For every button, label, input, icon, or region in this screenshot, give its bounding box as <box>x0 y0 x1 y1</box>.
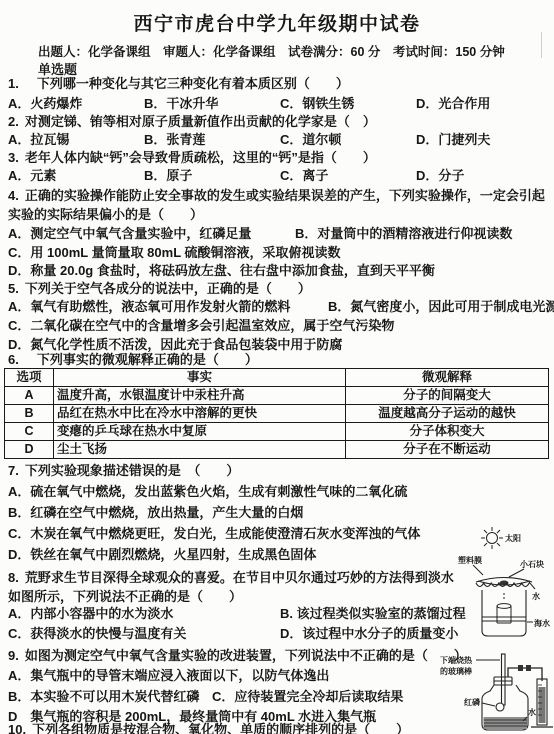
sun-icon <box>481 527 503 549</box>
option-a: A．硫在氧气中燃烧，发出蓝紫色火焰，生成有刺激性气味的二氧化硫 <box>8 484 407 499</box>
label-sea-water: 海水 <box>533 618 550 628</box>
stem-text: 正确的实验操作能防止安全事故的发生或实验结果误差的产生，下列实验操作，一定会引起… <box>8 188 545 222</box>
cell-explanation: 分子体积变大 <box>346 423 549 441</box>
table-header-row: 选项 事实 微观解释 <box>5 369 549 387</box>
cell-fact: 变瘪的乒乓球在热水中复原 <box>54 423 346 441</box>
option-b: B．张青莲 <box>144 132 280 147</box>
option-c: C．获得淡水的快慢与温度有关 <box>8 626 280 641</box>
stem-text: 下列哪一种变化与其它三种变化有着本质区别（ ） <box>37 76 349 91</box>
question-number: 4. <box>8 188 19 203</box>
cell-explanation: 分子在不断运动 <box>346 441 549 459</box>
question-5-options-ab: A．氧气有助燃性，液态氧可用作发射火箭的燃料 B．氮气密度小，因此可用于制成电光… <box>8 299 546 314</box>
question-4-option-d: D．称量 20.0g 食盐时，将砝码放左盘、往右盘中添加食盐，直到天平平衡 <box>8 263 435 278</box>
desalination-diagram: 太阳 塑料膜 小石块 水 <box>458 523 554 663</box>
label-sun: 太阳 <box>505 533 521 543</box>
col-header-fact: 事实 <box>54 369 346 387</box>
drop-leader-line <box>529 582 535 589</box>
question-7-option-d: D．铁丝在氧气中剧烈燃烧，火星四射，生成黑色固体 <box>8 547 316 562</box>
option-a: A．集气瓶中的导管末端应浸入液面以下，以防气体逸出 <box>8 668 329 683</box>
stem-text: 如图为测定空气中氧气含量实验的改进装置，下列说法中不正确的是（ ） <box>25 648 467 663</box>
label-water-drop: 水 <box>532 591 540 601</box>
question-7-option-c: C．木炭在氧气中燃烧更旺，发白光，生成能使澄清石灰水变浑浊的气体 <box>8 526 420 541</box>
question-4-options-ab: A．测定空气中氧气含量实验中，红磷足量 B．对量筒中的酒精溶液进行仰视读数 <box>8 226 546 241</box>
option-d: D．光合作用 <box>416 96 490 111</box>
label-heated-rod-1: 下端烧热 <box>440 655 473 665</box>
option-a: A．拉瓦锡 <box>8 132 144 147</box>
option-d: D．该过程中水分子的质量变小 <box>280 626 458 641</box>
question-2-stem: 2.对测定锑、铕等相对原子质量新值作出贡献的化学家是（ ） <box>8 114 376 129</box>
cell-option: C <box>5 423 54 441</box>
option-a: A．内部小容器中的水为淡水 <box>8 606 280 621</box>
exam-page: 西宁市虎台中学九年级期中试卷 出题人：化学备课组 审题人：化学备课组 试卷满分：… <box>0 0 554 734</box>
question-7-option-a: A．硫在氧气中燃烧，发出蓝紫色火焰，生成有刺激性气味的二氧化硫 <box>8 484 407 499</box>
label-heated-rod-2: 的玻璃棒 <box>440 666 472 676</box>
question-5-option-c: C．二氧化碳在空气中的含量增多会引起温室效应，属于空气污染物 <box>8 318 394 333</box>
option-c: C．离子 <box>280 168 416 183</box>
label-small-stone: 小石块 <box>520 559 544 569</box>
cell-option: B <box>5 405 54 423</box>
question-number: 2. <box>8 114 19 129</box>
page-title: 西宁市虎台中学九年级期中试卷 <box>0 9 554 36</box>
question-number: 5. <box>8 281 19 296</box>
option-b: B．红磷在空气中燃烧，放出热量，产生大量的白烟 <box>8 505 303 520</box>
label-red-phosphorus: 红磷 <box>464 697 480 707</box>
question-number: 6. <box>8 352 19 367</box>
option-b: B．原子 <box>144 168 280 183</box>
exam-meta: 出题人：化学备课组 审题人：化学备课组 试卷满分：60 分 考试时间：150 分… <box>38 42 505 60</box>
option-d: D．分子 <box>416 168 464 183</box>
option-a: A．测定空气中氧气含量实验中，红磷足量 <box>8 226 295 241</box>
option-c: C．木炭在氧气中燃烧更旺，发白光，生成能使澄清石灰水变浑浊的气体 <box>8 526 420 541</box>
table-row: B 品红在热水中比在冷水中溶解的更快 温度越高分子运动的越快 <box>5 405 549 423</box>
stem-text: 下列各组物质是按混合物、氧化物、单质的顺序排列的是（ ） <box>32 722 409 734</box>
option-b: B．对量筒中的酒精溶液进行仰视读数 <box>295 226 512 241</box>
cell-fact: 温度升高，水银温度计中汞柱升高 <box>54 387 346 405</box>
option-a: A．氧气有助燃性，液态氧可用作发射火箭的燃料 <box>8 299 328 314</box>
option-a: A．元素 <box>8 168 144 183</box>
question-9-options-bc: B．本实验不可以用木炭代替红磷 C．应待装置完全冷却后读取结果 <box>8 689 428 704</box>
cell-fact: 品红在热水中比在冷水中溶解的更快 <box>54 405 346 423</box>
question-7-option-b: B．红磷在空气中燃烧，放出热量，产生大量的白烟 <box>8 505 303 520</box>
label-water: 水 <box>528 707 536 717</box>
question-8-options-cd: C．获得淡水的快慢与温度有关 D．该过程中水分子的质量变小 <box>8 626 460 641</box>
question-number: 9. <box>8 648 19 663</box>
question-6-stem: 6.下列事实的微观解释正确的是（ ） <box>8 352 258 367</box>
question-9-stem: 9.如图为测定空气中氧气含量实验的改进装置，下列说法中不正确的是（ ） <box>8 648 467 663</box>
option-a: A．火药爆炸 <box>8 96 144 111</box>
graduated-cylinder <box>531 679 553 727</box>
cell-fact: 尘土飞扬 <box>54 441 346 459</box>
question-number: 1. <box>8 76 19 91</box>
option-c: C．用 100mL 量筒量取 80mL 硫酸铜溶液，采取俯视读数 <box>8 245 341 260</box>
phosphorus-leader-line <box>482 703 495 706</box>
question-number: 8. <box>8 570 19 585</box>
table-row: D 尘土飞扬 分子在不断运动 <box>5 441 549 459</box>
red-phosphorus-blob <box>496 703 504 711</box>
glass-rod <box>502 654 506 705</box>
question-number: 7. <box>8 463 19 478</box>
question-2-options: A．拉瓦锡 B．张青莲 C．道尔顿 D．门捷列夫 <box>8 132 546 147</box>
inner-cup <box>497 593 511 623</box>
question-3-options: A．元素 B．原子 C．离子 D．分子 <box>8 168 546 183</box>
option-d: D．氮气化学性质不活泼，因此充于食品包装袋中用于防腐 <box>8 337 342 352</box>
question-9-option-a: A．集气瓶中的导管末端应浸入液面以下，以防气体逸出 <box>8 668 329 683</box>
stone-leader-line <box>509 569 524 577</box>
question-4-option-c: C．用 100mL 量筒量取 80mL 硫酸铜溶液，采取俯视读数 <box>8 245 341 260</box>
oxygen-measure-diagram-svg: 下端烧热 的玻璃棒 红磷 <box>428 653 554 734</box>
question-4-stem: 4.正确的实验操作能防止安全事故的发生或实验结果误差的产生，下列实验操作，一定会… <box>8 186 550 224</box>
col-header-option: 选项 <box>5 369 54 387</box>
q6-micro-explanation-table: 选项 事实 微观解释 A 温度升高，水银温度计中汞柱升高 分子的间隔变大 B 品… <box>4 368 549 459</box>
stem-text: 下列关于空气各成分的说法中，正确的是（ ） <box>25 281 311 296</box>
water-in-bottle <box>484 717 528 729</box>
cell-explanation: 分子的间隔变大 <box>346 387 549 405</box>
question-8-options-ab: A．内部小容器中的水为淡水 B. 该过程类似实验室的蒸馏过程 <box>8 606 460 621</box>
jar-with-film <box>476 578 532 637</box>
cell-option: D <box>5 441 54 459</box>
cell-explanation: 温度越高分子运动的越快 <box>346 405 549 423</box>
option-d: D．铁丝在氧气中剧烈燃烧，火星四射，生成黑色固体 <box>8 547 316 562</box>
option-c: C．二氧化碳在空气中的含量增多会引起温室效应，属于空气污染物 <box>8 318 394 333</box>
stem-text: 荒野求生节目深得全球观众的喜爱。在节目中贝尔通过巧妙的方法得到淡水如图所示，下列… <box>8 570 454 604</box>
stem-text: 对测定锑、铕等相对原子质量新值作出贡献的化学家是（ ） <box>25 114 376 129</box>
option-b: B. 该过程类似实验室的蒸馏过程 <box>280 606 466 621</box>
stem-text: 下列实验现象描述错误的是 （ ） <box>25 463 240 478</box>
option-b: B．氮气密度小，因此可用于制成电光源 <box>328 299 554 314</box>
table-row: C 变瘪的乒乓球在热水中复原 分子体积变大 <box>5 423 549 441</box>
question-1-options: A．火药爆炸 B．干冰升华 C．钢铁生锈 D．光合作用 <box>8 96 546 111</box>
option-b: B．干冰升华 <box>144 96 280 111</box>
cell-option: A <box>5 387 54 405</box>
question-1-stem: 1.下列哪一种变化与其它三种变化有着本质区别（ ） <box>8 76 349 91</box>
option-c: C．钢铁生锈 <box>280 96 416 111</box>
question-10-stem: 10.下列各组物质是按混合物、氧化物、单质的顺序排列的是（ ） <box>8 722 409 734</box>
question-3-stem: 3.老年人体内缺“钙”会导致骨质疏松，这里的“钙”是指（ ） <box>8 150 376 165</box>
option-d: D．门捷列夫 <box>416 132 490 147</box>
option-c: C．应待装置完全冷却后读取结果 <box>212 689 403 704</box>
question-5-stem: 5.下列关于空气各成分的说法中，正确的是（ ） <box>8 281 311 296</box>
question-number: 10. <box>8 722 26 734</box>
film-leader-line <box>473 565 483 575</box>
option-b: B．本实验不可以用木炭代替红磷 <box>8 689 212 704</box>
col-header-explanation: 微观解释 <box>346 369 549 387</box>
question-8-stem: 8.荒野求生节目深得全球观众的喜爱。在节目中贝尔通过巧妙的方法得到淡水如图所示，… <box>8 568 460 606</box>
question-number: 3. <box>8 150 19 165</box>
label-plastic-film: 塑料膜 <box>458 555 482 565</box>
stem-text: 下列事实的微观解释正确的是（ ） <box>37 352 258 367</box>
option-c: C．道尔顿 <box>280 132 416 147</box>
question-5-option-d: D．氮气化学性质不活泼，因此充于食品包装袋中用于防腐 <box>8 337 342 352</box>
option-d: D．称量 20.0g 食盐时，将砝码放左盘、往右盘中添加食盐，直到天平平衡 <box>8 263 435 278</box>
question-7-stem: 7.下列实验现象描述错误的是 （ ） <box>8 463 239 478</box>
oxygen-measure-diagram: 下端烧热 的玻璃棒 红磷 <box>428 653 554 734</box>
scan-artifact-line <box>541 32 542 58</box>
table-row: A 温度升高，水银温度计中汞柱升高 分子的间隔变大 <box>5 387 549 405</box>
sea-water <box>483 617 526 621</box>
desalination-diagram-svg: 太阳 塑料膜 小石块 水 <box>458 523 554 663</box>
stem-text: 老年人体内缺“钙”会导致骨质疏松，这里的“钙”是指（ ） <box>25 150 376 165</box>
